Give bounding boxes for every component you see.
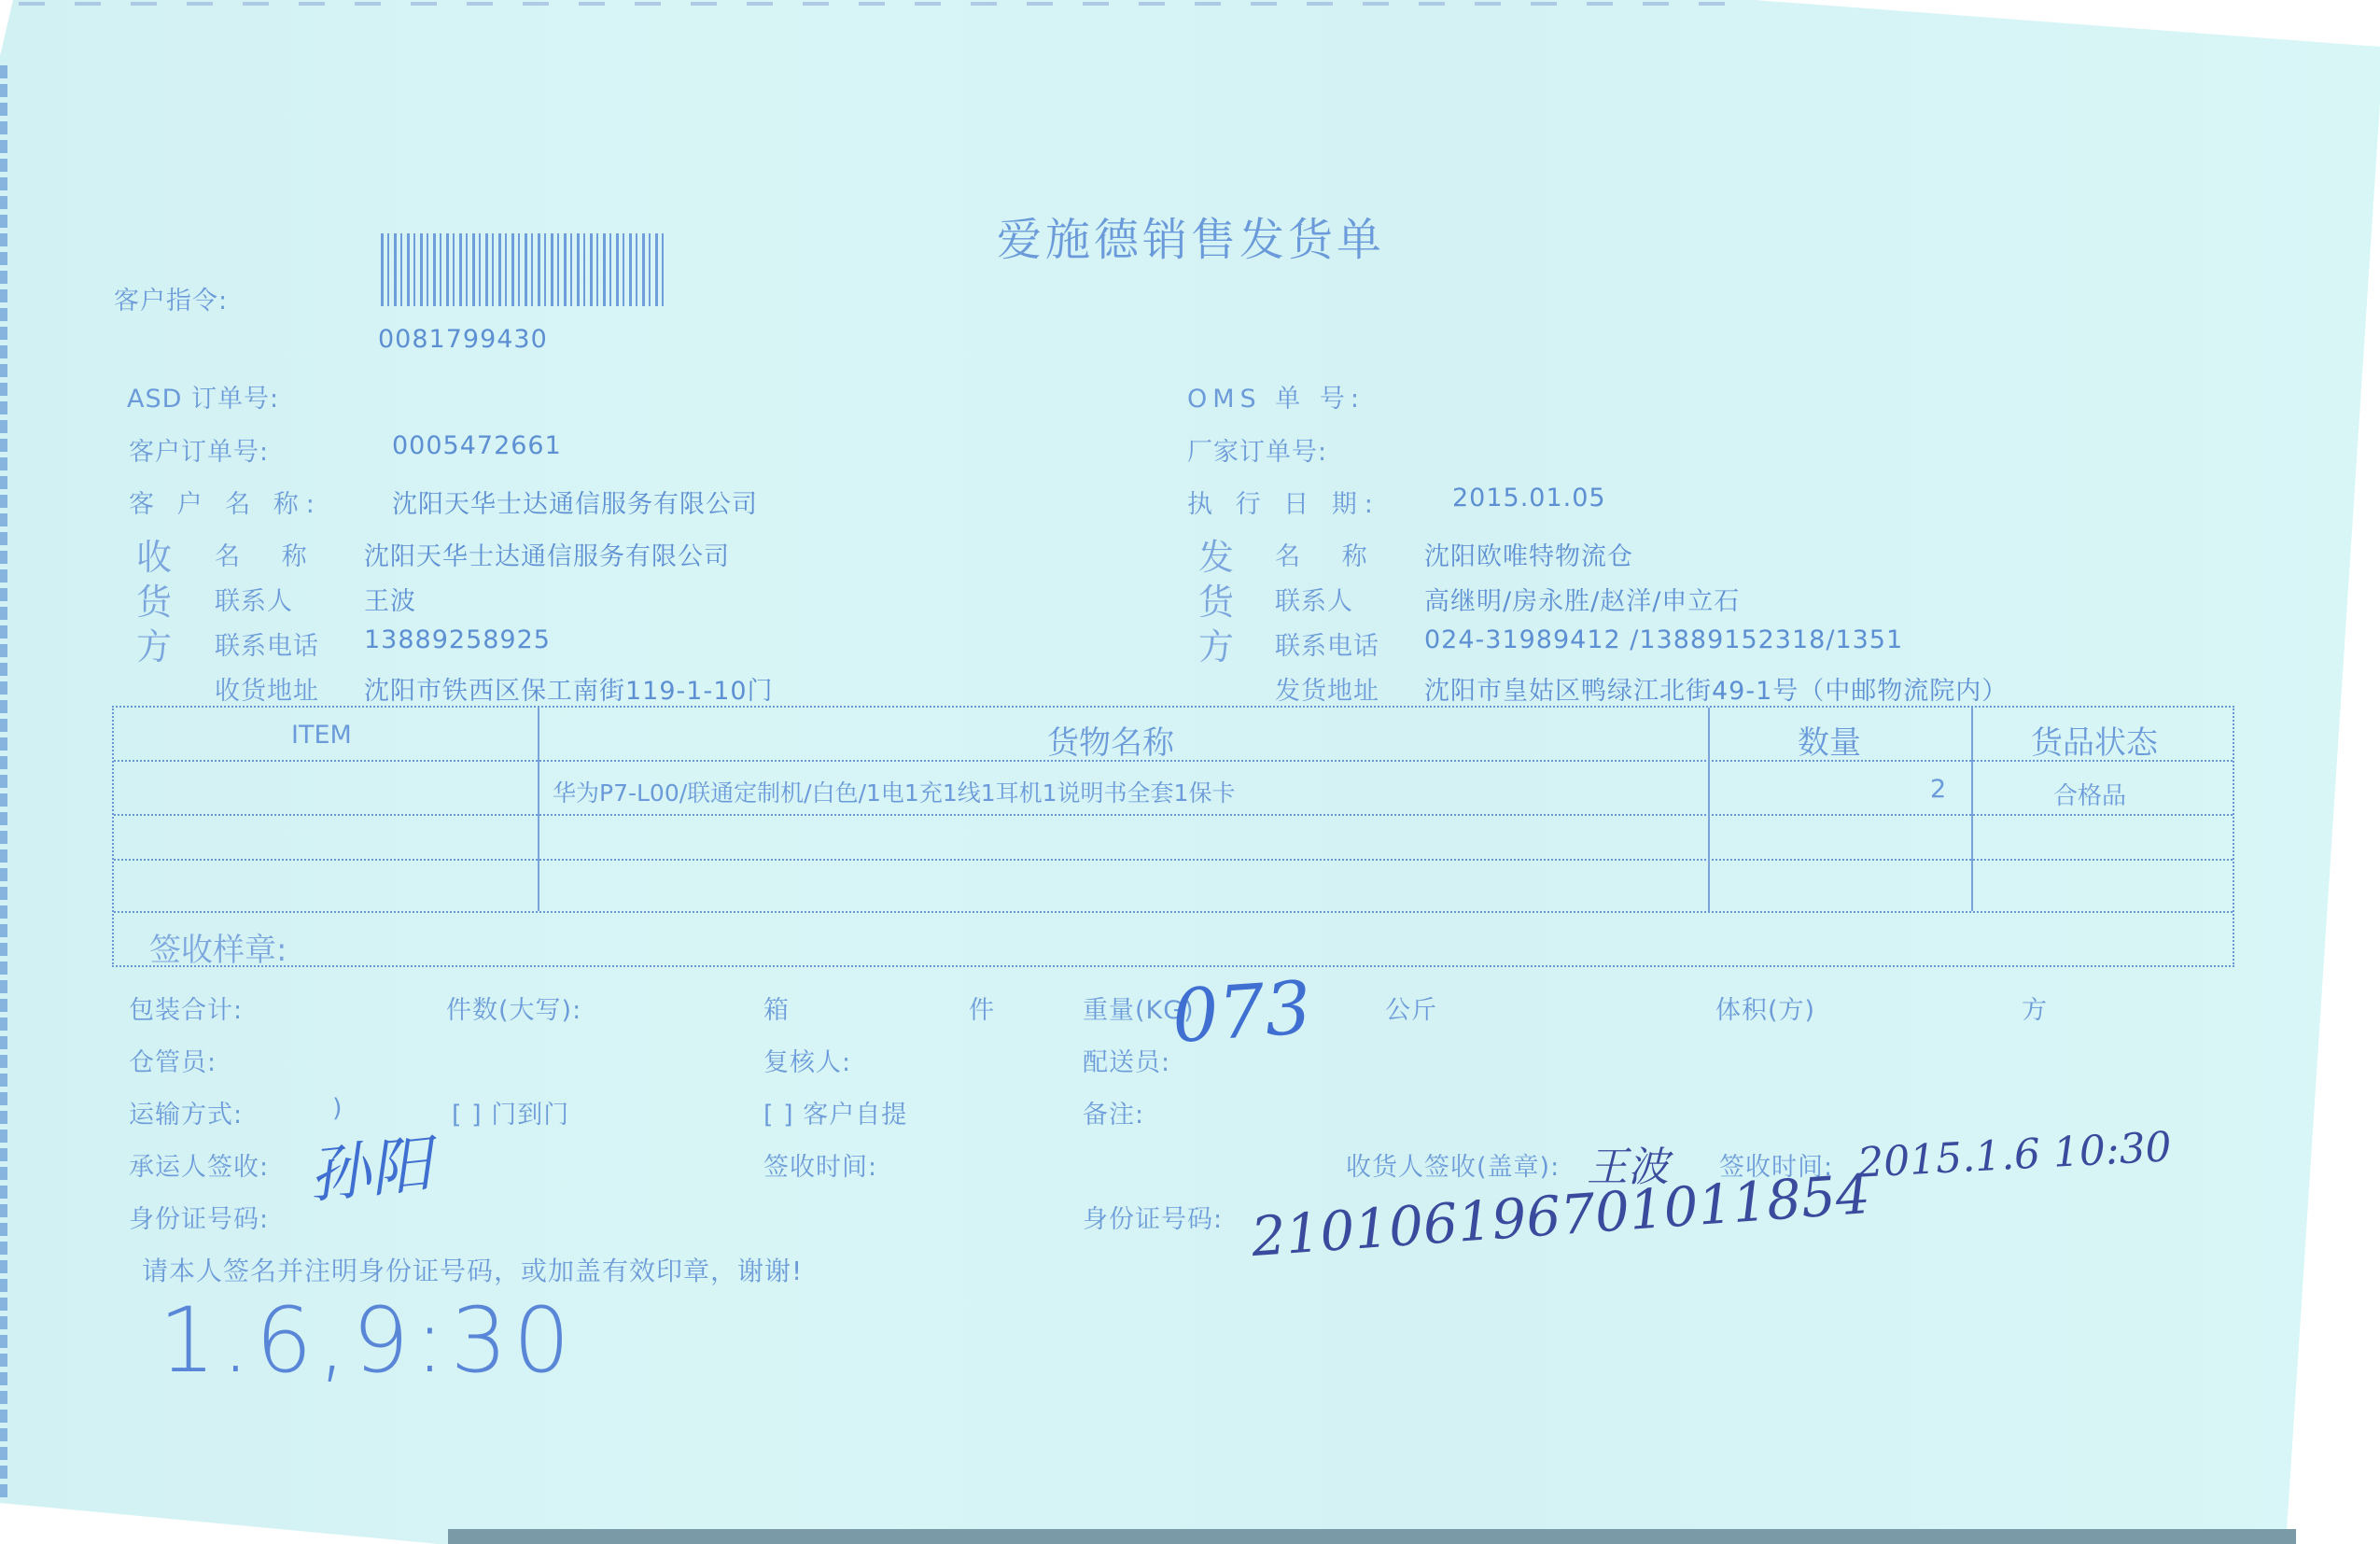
shipper-phone-value: 024-31989412 /13889152318/1351	[1424, 625, 1903, 654]
customer-pickup-checkbox: [ ] 客户自提	[763, 1094, 907, 1130]
consignee-contact-value: 王波	[364, 581, 416, 617]
door-to-door-checkbox: [ ] 门到门	[452, 1094, 569, 1130]
consignee-side-char-3: 方	[136, 618, 174, 669]
tractor-feed-perforation-top	[19, 2, 1736, 6]
consignee-sign-time-handwritten: 2015.1.6 10:30	[1856, 1123, 2173, 1187]
goods-table: ITEM 货物名称 数量 货品状态 华为P7-L00/联通定制机/白色/1电1充…	[112, 706, 2234, 967]
consignee-name-value: 沈阳天华士达通信服务有限公司	[364, 536, 730, 572]
consignee-phone-label: 联系电话	[215, 625, 319, 662]
consignee-address-value: 沈阳市铁西区保工南街119-1-10门	[364, 670, 774, 707]
warehouse-keeper-label: 仓管员:	[129, 1042, 217, 1078]
consignee-side-char-2: 货	[136, 573, 174, 625]
asd-order-no-label: ASD 订单号:	[127, 378, 279, 414]
table-divider	[114, 859, 2233, 861]
exec-date-value: 2015.01.05	[1452, 484, 1606, 512]
customer-name-label: 客 户 名 称:	[129, 484, 322, 520]
carrier-signature: 孙阳	[303, 1114, 435, 1214]
customer-instruction-label: 客户指令:	[114, 280, 228, 316]
shipper-side-char-3: 方	[1198, 618, 1236, 669]
kg-unit-label: 公斤	[1385, 990, 1437, 1026]
row-quantity: 2	[1930, 775, 1946, 804]
table-divider	[114, 911, 2233, 913]
shipper-side-char-1: 发	[1198, 528, 1236, 580]
weight-handwritten: 073	[1169, 966, 1314, 1060]
delivery-note-paper: 爱施德销售发货单 客户指令: 0081799430 ASD 订单号: 客户订单号…	[0, 0, 2380, 1544]
factory-order-no-label: 厂家订单号:	[1187, 431, 1327, 468]
customer-name-value: 沈阳天华士达通信服务有限公司	[392, 484, 758, 520]
scanner-bottom-edge	[448, 1529, 2296, 1544]
row-goods-status: 合格品	[2053, 777, 2126, 811]
consignee-side-char-1: 收	[136, 528, 174, 580]
carrier-id-label: 身份证号码:	[129, 1199, 269, 1235]
volume-label: 体积(方)	[1715, 990, 1815, 1026]
shipper-contact-label: 联系人	[1275, 581, 1353, 617]
row-goods-name: 华为P7-L00/联通定制机/白色/1电1充1线1耳机1说明书全套1保卡	[553, 775, 1235, 808]
consignee-sign-label: 收货人签收(盖章):	[1346, 1146, 1560, 1183]
signature-notice: 请本人签名并注明身份证号码，或加盖有效印章，谢谢!	[142, 1251, 803, 1288]
consignee-contact-label: 联系人	[215, 581, 293, 617]
stamp-label: 签收样章:	[149, 924, 287, 970]
transport-mode-mark: )	[332, 1094, 343, 1123]
header-item: ITEM	[291, 721, 352, 750]
table-column-divider	[538, 708, 539, 911]
consignee-address-label: 收货地址	[215, 670, 319, 707]
table-column-divider	[1708, 708, 1710, 911]
consignee-id-handwritten: 210106196701011854	[1249, 1162, 1871, 1269]
header-quantity: 数量	[1798, 717, 1861, 763]
customer-order-no-label: 客户订单号:	[129, 431, 269, 468]
tractor-feed-holes-left	[0, 65, 7, 1503]
reviewer-label: 复核人:	[763, 1042, 851, 1078]
shipper-address-value: 沈阳市皇姑区鸭绿江北街49-1号（中邮物流院内）	[1424, 670, 2008, 707]
handwritten-note: 1.6,9:30	[159, 1288, 576, 1393]
customer-order-no-value: 0005472661	[392, 431, 562, 460]
carrier-sign-label: 承运人签收:	[129, 1146, 269, 1183]
pieces-caps-label: 件数(大写):	[446, 990, 581, 1026]
carrier-sign-time-label: 签收时间:	[763, 1146, 877, 1183]
barcode-number: 0081799430	[378, 325, 548, 354]
shipper-side-char-2: 货	[1198, 573, 1236, 625]
piece-label: 件	[969, 990, 995, 1026]
consignee-id-label: 身份证号码:	[1083, 1199, 1223, 1235]
remarks-label: 备注:	[1083, 1094, 1144, 1130]
box-label: 箱	[763, 990, 790, 1026]
shipper-name-label: 名 称	[1275, 536, 1384, 572]
shipper-phone-label: 联系电话	[1275, 625, 1379, 662]
volume-unit-label: 方	[2022, 990, 2048, 1026]
header-goods-status: 货品状态	[2031, 717, 2158, 763]
consignee-name-label: 名 称	[215, 536, 324, 572]
table-divider	[114, 814, 2233, 816]
document-title: 爱施德销售发货单	[997, 204, 1385, 268]
header-goods-name: 货物名称	[1047, 717, 1174, 763]
package-total-label: 包装合计:	[129, 990, 243, 1026]
delivery-person-label: 配送员:	[1083, 1042, 1170, 1078]
oms-no-label: OMS 单 号:	[1187, 378, 1365, 414]
exec-date-label: 执 行 日 期:	[1187, 484, 1380, 520]
barcode-image	[381, 233, 666, 306]
table-column-divider	[1971, 708, 1973, 911]
transport-mode-label: 运输方式:	[129, 1094, 243, 1130]
consignee-phone-value: 13889258925	[364, 625, 551, 654]
shipper-contact-value: 高继明/房永胜/赵洋/申立石	[1424, 581, 1740, 617]
shipper-address-label: 发货地址	[1275, 670, 1379, 707]
shipper-name-value: 沈阳欧唯特物流仓	[1424, 536, 1633, 572]
